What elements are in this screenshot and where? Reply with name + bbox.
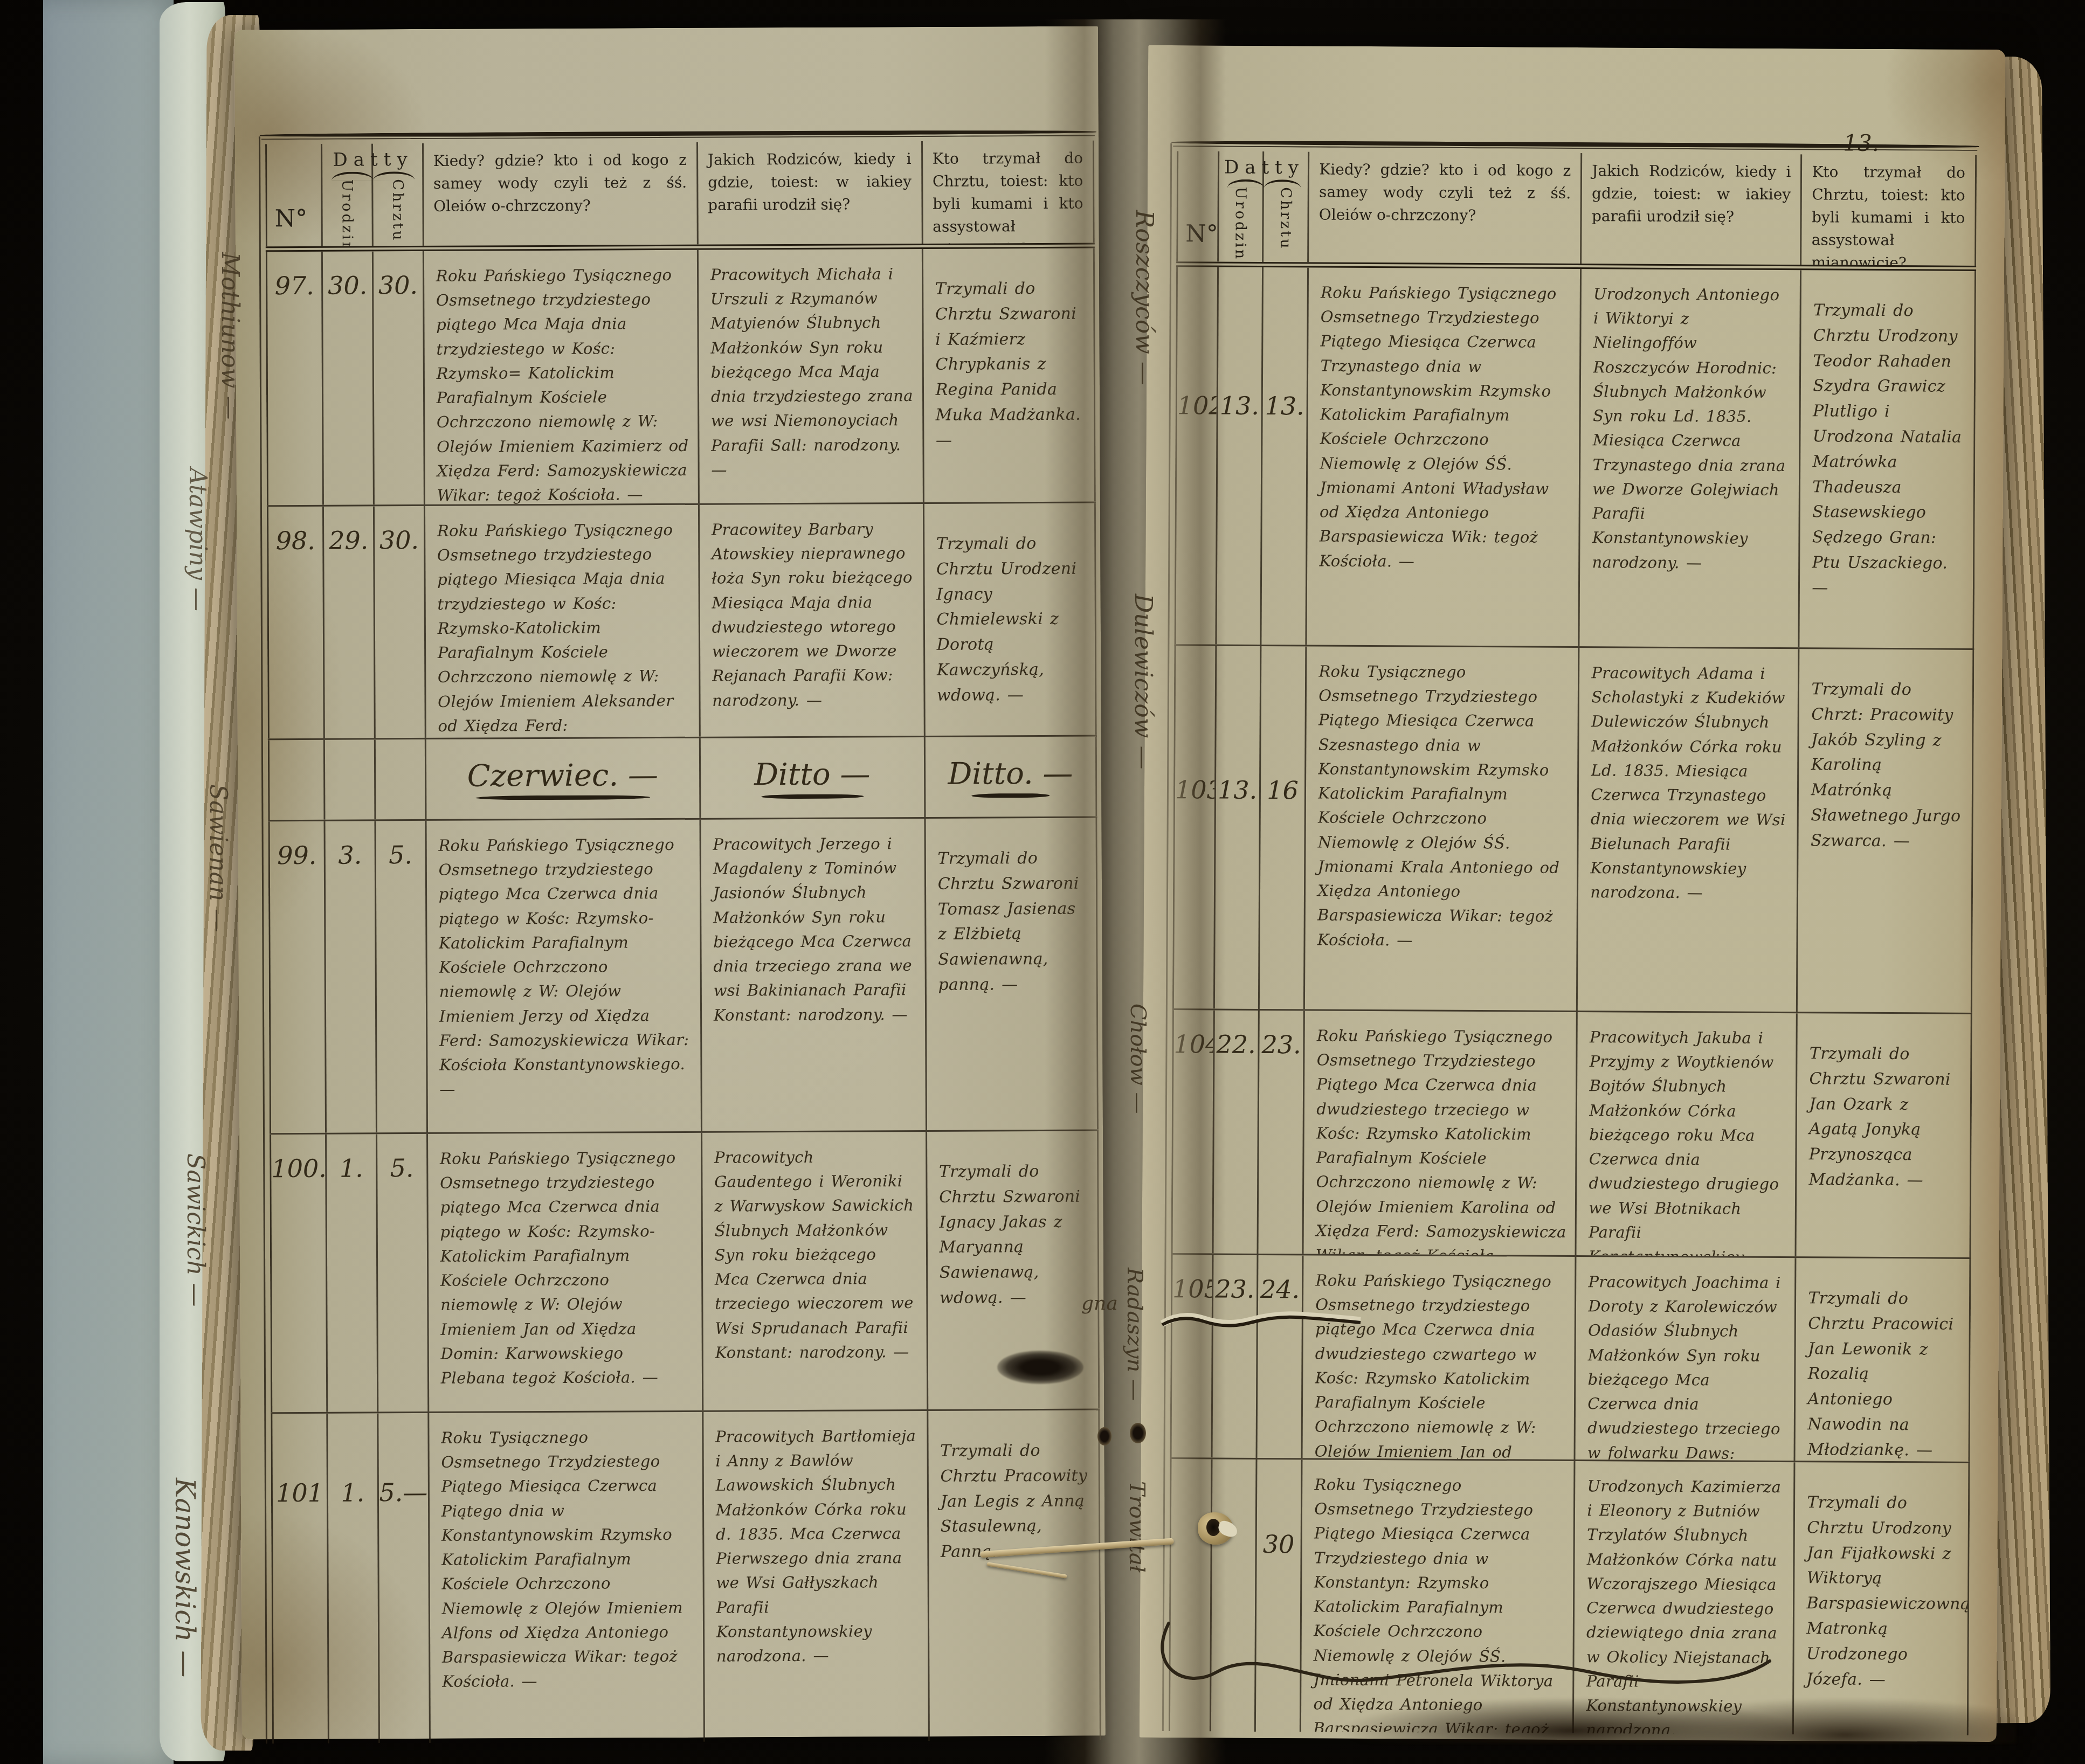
gutter-note: Trowitał bbox=[1124, 1481, 1149, 1573]
entry-number: 98. bbox=[267, 507, 325, 738]
birth-date: 29. bbox=[324, 506, 376, 738]
datty-group-header: Datty bbox=[1219, 157, 1309, 189]
left-page: N° Urodzin Chrztu Kiedy? gdzie? kto i od… bbox=[234, 26, 1106, 1740]
burnt-page-edge bbox=[1331, 1657, 2016, 1744]
parents-record: Pracowitych Adama i Scholastyki z Kudeki… bbox=[1578, 648, 1800, 1012]
column-header-number: N° bbox=[1176, 151, 1219, 261]
table-row: 104. 22. 23. Roku Pańskiego Tysiącznego … bbox=[1171, 1010, 1972, 1259]
birth-date: 23. bbox=[1212, 1255, 1258, 1458]
column-header-number: N° bbox=[265, 144, 323, 246]
birth-date: 1. bbox=[328, 1413, 379, 1743]
birth-date: 3. bbox=[326, 821, 377, 1132]
table-row: 98. 29. 30. Roku Pańskiego Tysiącznego O… bbox=[267, 503, 1097, 741]
column-header-when: Kiedy? gdzie? kto i od kogo z samey wody… bbox=[1309, 151, 1582, 264]
entry-number: 104. bbox=[1171, 1010, 1214, 1253]
parents-record: Urodzonych Antoniego i Wiktoryi z Nielin… bbox=[1580, 269, 1802, 647]
baptism-date: 13. bbox=[1261, 267, 1309, 645]
baptism-record: Roku Pańskiego Tysiącznego Osmsetnego tr… bbox=[426, 820, 702, 1132]
table-row: 101 1. 5.— Roku Tysiącznego Osmsetnego T… bbox=[271, 1410, 1101, 1744]
baptism-date: 23. bbox=[1258, 1011, 1305, 1254]
margin-note: Sawienan — bbox=[204, 784, 232, 932]
baptism-date: 16 bbox=[1260, 646, 1307, 1009]
table-row: 97. 30. 30. Roku Pańskiego Tysiącznego O… bbox=[266, 248, 1096, 507]
entry-number: 102. bbox=[1174, 267, 1218, 644]
entry-number: 101 bbox=[271, 1414, 329, 1744]
baptism-record: Roku Tysiącznego Osmsetnego Trzydziesteg… bbox=[1305, 646, 1580, 1011]
gutter-note: Dulewiczów — bbox=[1129, 594, 1157, 769]
empty-cell bbox=[325, 739, 376, 819]
scanned-register-spread: N° Urodzin Chrztu Kiedy? gdzie? kto i od… bbox=[0, 0, 2085, 1764]
godparents-record: Trzymali do Chrztu Szwaroni i Kaźmierz C… bbox=[923, 248, 1095, 502]
entry-number: 100. bbox=[270, 1135, 328, 1412]
baptism-record: Roku Pańskiego Tysiącznego Osmsetnego Tr… bbox=[1307, 267, 1582, 646]
ditto-label: Ditto — bbox=[754, 757, 871, 792]
datty-label: Datty bbox=[1224, 157, 1304, 179]
column-header-parents: Jakich Rodziców, kiedy i gdzie, toiest: … bbox=[1582, 153, 1802, 265]
register-table-left: N° Urodzin Chrztu Kiedy? gdzie? kto i od… bbox=[265, 141, 1101, 1744]
parents-record: Pracowitych Jerzego i Magdaleny z Tominó… bbox=[701, 819, 927, 1131]
birth-date: 13. bbox=[1217, 267, 1264, 645]
brace-icon bbox=[1227, 179, 1302, 189]
baptism-record: Roku Pańskiego Tysiącznego Osmsetnego tr… bbox=[424, 250, 700, 504]
gutter-note: Roszczyców — bbox=[1130, 210, 1158, 385]
ditto-label: Ditto. — bbox=[948, 756, 1073, 791]
month-divider-row: Czerwiec. — Ditto — Ditto. — bbox=[268, 737, 1097, 822]
table-row: 99. 3. 5. Roku Pańskiego Tysiącznego Osm… bbox=[268, 818, 1099, 1135]
chrztu-label: Chrztu bbox=[389, 179, 406, 246]
baptism-record: Roku Pańskiego Tysiącznego Osmsetnego tr… bbox=[1303, 1255, 1577, 1459]
table-header-row: N° Urodzin Chrztu Kiedy? gdzie? kto i od… bbox=[1176, 151, 1977, 271]
underline-flourish bbox=[971, 793, 1050, 798]
table-header-row: N° Urodzin Chrztu Kiedy? gdzie? kto i od… bbox=[265, 141, 1095, 252]
parents-record: Pracowitych Jakuba i Przyjmy z Woytkienó… bbox=[1577, 1012, 1798, 1256]
gutter-note: gna bbox=[1081, 1292, 1118, 1315]
baptism-date: 24. bbox=[1257, 1255, 1304, 1458]
tear-flourish bbox=[1158, 1300, 1390, 1338]
datty-group-header: Datty bbox=[322, 149, 424, 181]
urodzin-label: Urodzin bbox=[339, 179, 356, 246]
baptism-date: 30. bbox=[374, 251, 425, 504]
entry-number: 103 bbox=[1172, 646, 1217, 1008]
ditto-cell: Ditto. — bbox=[925, 737, 1097, 817]
parents-record: Pracowitych Bartłomieja i Anny z Bawlów … bbox=[703, 1411, 929, 1742]
birth-date: 22. bbox=[1213, 1011, 1259, 1254]
margin-note: Sawickich — bbox=[182, 1153, 209, 1306]
baptism-record: Roku Pańskiego Tysiącznego Osmsetnego tr… bbox=[428, 1133, 703, 1412]
month-label: Czerwiec. — bbox=[467, 758, 658, 794]
parents-record: Pracowitych Michała i Urszuli z Rzymanów… bbox=[699, 249, 924, 503]
margin-note: Atawpiny — bbox=[184, 468, 211, 611]
birth-date: 30. bbox=[323, 251, 375, 504]
table-row: 103 13. 16 Roku Tysiącznego Osmsetnego T… bbox=[1172, 646, 1974, 1014]
datty-label: Datty bbox=[333, 149, 413, 171]
parents-record: Pracowitey Barbary Atowskiey nieprawnego… bbox=[700, 504, 926, 737]
column-header-parents: Jakich Rodziców, kiedy i gdzie, toiest: … bbox=[698, 141, 923, 245]
no-label: N° bbox=[275, 205, 308, 232]
page-number: 13. bbox=[1843, 130, 1879, 156]
chrztu-label: Chrztu bbox=[1277, 187, 1294, 262]
birth-date: 1. bbox=[327, 1134, 378, 1412]
entry-number: 105. bbox=[1170, 1255, 1214, 1457]
entry-number: 97. bbox=[266, 252, 324, 505]
godparents-record: Trzymali do Chrztu Pracowici Jan Lewonik… bbox=[1796, 1258, 1971, 1462]
worm-hole bbox=[1097, 1427, 1111, 1445]
baptism-record: Roku Tysiącznego Osmsetnego Trzydziesteg… bbox=[429, 1412, 705, 1743]
gutter-note: Chołow — bbox=[1126, 1004, 1150, 1113]
right-page: 13. N° Urodzin Chrztu Kiedy? gdzie? kto … bbox=[1140, 45, 2005, 1742]
empty-cell bbox=[376, 739, 426, 819]
baptism-date: 5.— bbox=[378, 1413, 430, 1743]
godparents-record: Trzymali do Chrztu Szwaroni Tomasz Jasie… bbox=[926, 818, 1099, 1130]
gutter-note: Radaszyn — bbox=[1122, 1268, 1147, 1401]
baptism-date: 30. bbox=[375, 506, 426, 738]
empty-cell bbox=[268, 740, 326, 820]
column-header-godparents: Kto trzymał do Chrztu, toiest: kto byli … bbox=[1802, 154, 1977, 266]
interleaf-sheet bbox=[43, 0, 174, 1764]
urodzin-label: Urodzin bbox=[1232, 187, 1249, 262]
baptism-record: Roku Pańskiego Tysiącznego Osmsetnego tr… bbox=[425, 505, 701, 738]
worm-hole bbox=[1130, 1423, 1146, 1443]
ink-blot bbox=[997, 1351, 1083, 1384]
column-header-when: Kiedy? gdzie? kto i od kogo z samey wody… bbox=[424, 142, 699, 246]
parents-record: Pracowitych Gaudentego i Weroniki z Warw… bbox=[702, 1132, 928, 1410]
godparents-record: Trzymali do Chrztu Pracowity Jan Legis z… bbox=[928, 1410, 1101, 1741]
underline-flourish bbox=[475, 795, 650, 800]
no-label: N° bbox=[1185, 220, 1218, 247]
brace-icon bbox=[332, 171, 415, 181]
entry-number: 99. bbox=[268, 821, 327, 1133]
baptism-date: 5. bbox=[376, 821, 427, 1132]
parents-record: Pracowitych Joachima i Doroty z Karolewi… bbox=[1576, 1257, 1797, 1461]
table-row: 105. 23. 24. Roku Pańskiego Tysiącznego … bbox=[1170, 1255, 1971, 1463]
underline-flourish bbox=[761, 794, 864, 799]
margin-note: Mothiunow — bbox=[216, 252, 244, 419]
godparents-record: Trzymali do Chrzt: Pracowity Jakób Szyli… bbox=[1798, 649, 1974, 1013]
godparents-record: Trzymali do Chrztu Urodzony Teodor Rahad… bbox=[1800, 270, 1976, 648]
godparents-record: Trzymali do Chrztu Urodzeni Ignacy Chmie… bbox=[924, 503, 1097, 736]
baptism-record: Roku Pańskiego Tysiącznego Osmsetnego Tr… bbox=[1304, 1011, 1578, 1255]
register-table-right: N° Urodzin Chrztu Kiedy? gdzie? kto i od… bbox=[1169, 151, 1977, 1735]
table-row: 100. 1. 5. Roku Pańskiego Tysiącznego Os… bbox=[270, 1131, 1100, 1414]
month-cell: Czerwiec. — bbox=[426, 738, 701, 819]
margin-note: Kanowskich — bbox=[169, 1478, 201, 1677]
baptism-date: 5. bbox=[377, 1134, 429, 1412]
table-row: 102. 13. 13. Roku Pańskiego Tysiącznego … bbox=[1174, 267, 1976, 650]
ditto-cell: Ditto — bbox=[701, 737, 926, 818]
godparents-record: Trzymali do Chrztu Szwaroni Jan Ozark z … bbox=[1797, 1013, 1972, 1257]
column-header-godparents: Kto trzymał do Chrztu, toiest: kto byli … bbox=[923, 141, 1095, 244]
birth-date: 13. bbox=[1215, 646, 1262, 1009]
